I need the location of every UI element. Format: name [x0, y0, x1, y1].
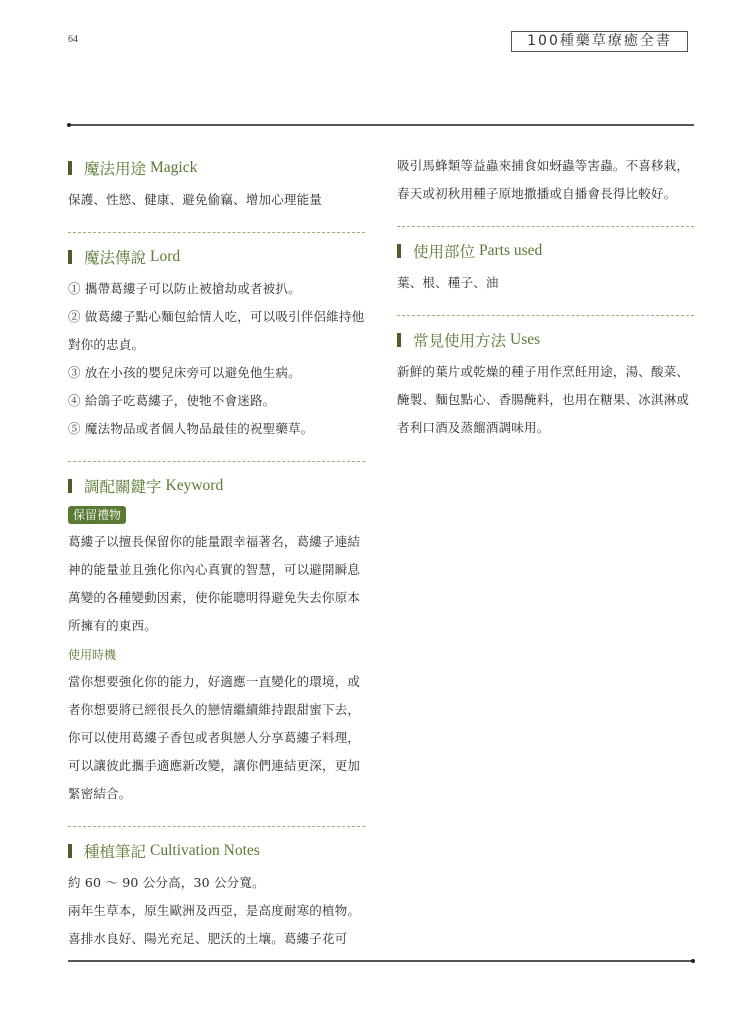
heading-en: Keyword [166, 477, 224, 495]
heading-en: Lord [150, 248, 180, 266]
dashed-divider [397, 226, 694, 227]
lord-item: ③ 放在小孩的嬰兒床旁可以避免他生病。 [68, 359, 365, 387]
left-column: 魔法用途 Magick 保護、性慾、健康、避免偷竊、增加心理能量 魔法傳說 Lo… [68, 150, 365, 953]
page-number: 64 [68, 34, 78, 45]
keyword-text: 葛縷子以擅長保留你的能量跟幸福著名，葛縷子連結神的能量並且強化你內心真實的智慧，… [68, 528, 365, 640]
lord-item: ⑤ 魔法物品或者個人物品最佳的祝聖藥草。 [68, 415, 365, 443]
bottom-rule [68, 960, 694, 962]
dashed-divider [68, 461, 365, 462]
heading-zh: 調配關鍵字 [84, 475, 162, 497]
rule-endpoint-dot [67, 123, 71, 127]
top-rule [68, 124, 694, 126]
section-cultivation: 種植筆記 Cultivation Notes 約 60 ～ 90 公分高，30 … [68, 839, 365, 953]
heading-en: Magick [150, 159, 197, 177]
heading-en: Parts used [479, 242, 542, 260]
heading-zh: 使用部位 [413, 240, 475, 262]
section-magick: 魔法用途 Magick 保護、性慾、健康、避免偷竊、增加心理能量 [68, 156, 365, 214]
dashed-divider [397, 315, 694, 316]
heading-bar-icon [68, 844, 72, 858]
section-heading: 常見使用方法 Uses [397, 328, 694, 352]
heading-zh: 常見使用方法 [413, 329, 506, 351]
keyword-badge: 保留禮物 [68, 506, 126, 524]
section-lord: 魔法傳說 Lord ① 攜帶葛縷子可以防止被搶劫或者被扒。 ② 做葛縷子點心麵包… [68, 245, 365, 443]
book-title: 100種藥草療癒全書 [511, 31, 688, 52]
section-keyword: 調配關鍵字 Keyword 保留禮物 葛縷子以擅長保留你的能量跟幸福著名，葛縷子… [68, 474, 365, 808]
lord-item: ② 做葛縷子點心麵包給情人吃，可以吸引伴侶維持他對你的忠貞。 [68, 303, 365, 359]
heading-bar-icon [397, 244, 401, 258]
heading-en: Cultivation Notes [150, 842, 260, 860]
heading-en: Uses [510, 331, 540, 349]
dashed-divider [68, 826, 365, 827]
section-heading: 魔法傳說 Lord [68, 245, 365, 269]
rule-endpoint-dot [691, 959, 695, 963]
heading-zh: 種植筆記 [84, 840, 146, 862]
heading-bar-icon [68, 479, 72, 493]
cultivation-continued-text: 吸引馬蜂類等益蟲來捕食如蚜蟲等害蟲。不喜移栽，春天或初秋用種子原地撒播或自播會長… [397, 152, 694, 208]
heading-zh: 魔法傳說 [84, 246, 146, 268]
right-column: 吸引馬蜂類等益蟲來捕食如蚜蟲等害蟲。不喜移栽，春天或初秋用種子原地撒播或自播會長… [397, 152, 694, 442]
section-uses: 常見使用方法 Uses 新鮮的葉片或乾燥的種子用作烹飪用途，湯、酸菜、醃製、麵包… [397, 328, 694, 442]
heading-zh: 魔法用途 [84, 157, 146, 179]
parts-used-text: 葉、根、種子、油 [397, 269, 694, 297]
heading-bar-icon [397, 333, 401, 347]
cultivation-line: 喜排水良好、陽光充足、肥沃的土壤。葛縷子花可 [68, 925, 365, 953]
cultivation-line: 兩年生草本，原生歐洲及西亞，是高度耐寒的植物。 [68, 897, 365, 925]
lord-item: ④ 給鴿子吃葛縷子，使牠不會迷路。 [68, 387, 365, 415]
dashed-divider [68, 232, 365, 233]
heading-bar-icon [68, 161, 72, 175]
section-heading: 種植筆記 Cultivation Notes [68, 839, 365, 863]
heading-bar-icon [68, 250, 72, 264]
cultivation-line: 約 60 ～ 90 公分高，30 公分寬。 [68, 869, 365, 897]
section-heading: 魔法用途 Magick [68, 156, 365, 180]
timing-label: 使用時機 [68, 642, 365, 668]
uses-text: 新鮮的葉片或乾燥的種子用作烹飪用途，湯、酸菜、醃製、麵包點心、香腸醃料，也用在糖… [397, 358, 694, 442]
section-heading: 調配關鍵字 Keyword [68, 474, 365, 498]
magick-text: 保護、性慾、健康、避免偷竊、增加心理能量 [68, 186, 365, 214]
lord-item: ① 攜帶葛縷子可以防止被搶劫或者被扒。 [68, 275, 365, 303]
section-parts-used: 使用部位 Parts used 葉、根、種子、油 [397, 239, 694, 297]
timing-text: 當你想要強化你的能力，好適應一直變化的環境，或者你想要將已經很長久的戀情繼續維持… [68, 668, 365, 808]
section-heading: 使用部位 Parts used [397, 239, 694, 263]
